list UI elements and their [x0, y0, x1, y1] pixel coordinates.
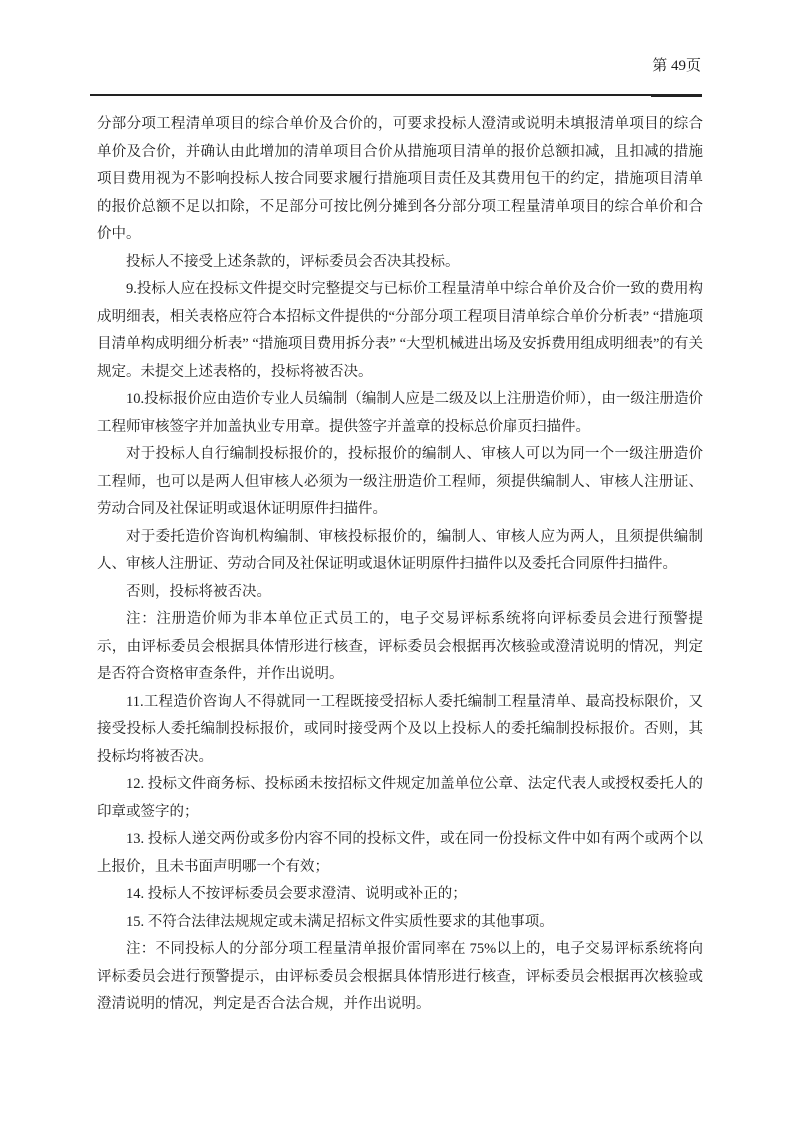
document-page: 第 49页 分部分项工程清单项目的综合单价及合价的，可要求投标人澄清或说明未填报…: [0, 0, 793, 1122]
paragraph-clause-15: 15. 不符合法律法规规定或未满足招标文件实质性要求的其他事项。: [97, 909, 703, 937]
paragraph-continuation: 分部分项工程清单项目的综合单价及合价的，可要求投标人澄清或说明未填报清单项目的综…: [97, 111, 703, 249]
paragraph-rejection-clause: 投标人不接受上述条款的，评标委员会否决其投标。: [97, 249, 703, 277]
page-number: 第 49页: [651, 58, 702, 97]
page-header: 第 49页: [90, 58, 702, 97]
paragraph-clause-10: 10.投标报价应由造价专业人员编制（编制人应是二级及以上注册造价师），由一级注册…: [97, 386, 703, 441]
paragraph-self-prepared: 对于投标人自行编制投标报价的，投标报价的编制人、审核人可以为同一个一级注册造价工…: [97, 441, 703, 524]
paragraph-clause-12: 12. 投标文件商务标、投标函未按招标文件规定加盖单位公章、法定代表人或授权委托…: [97, 771, 703, 826]
document-body: 分部分项工程清单项目的综合单价及合价的，可要求投标人澄清或说明未填报清单项目的综…: [97, 111, 703, 1019]
paragraph-clause-13: 13. 投标人递交两份或多份内容不同的投标文件，或在同一份投标文件中如有两个或两…: [97, 826, 703, 881]
paragraph-note-registered-engineer: 注：注册造价师为非本单位正式员工的，电子交易评标系统将向评标委员会进行预警提示，…: [97, 606, 703, 689]
paragraph-clause-11: 11.工程造价咨询人不得就同一工程既接受招标人委托编制工程量清单、最高投标限价，…: [97, 689, 703, 772]
paragraph-clause-14: 14. 投标人不按评标委员会要求澄清、说明或补正的；: [97, 881, 703, 909]
paragraph-consulting-agency: 对于委托造价咨询机构编制、审核投标报价的，编制人、审核人应为两人，且须提供编制人…: [97, 524, 703, 579]
header-rule: [90, 94, 702, 96]
paragraph-note-similarity-rate: 注：不同投标人的分部分项工程量清单报价雷同率在 75%以上的，电子交易评标系统将…: [97, 936, 703, 1019]
paragraph-otherwise-rejected: 否则，投标将被否决。: [97, 579, 703, 607]
paragraph-clause-9: 9.投标人应在投标文件提交时完整提交与已标价工程量清单中综合单价及合价一致的费用…: [97, 276, 703, 386]
